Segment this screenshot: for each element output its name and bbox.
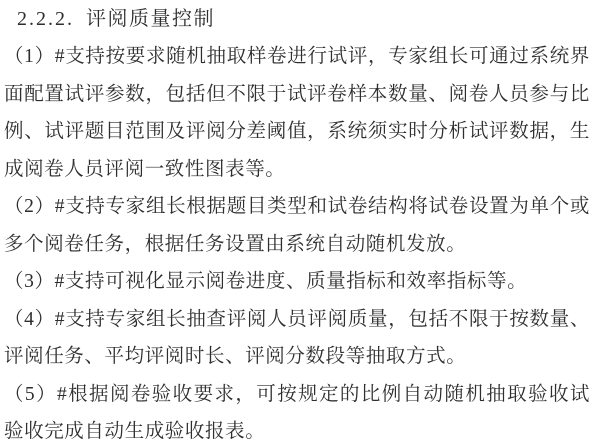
- section-heading: 2.2.2.评阅质量控制: [17, 5, 590, 38]
- paragraph-line-7: （3）#支持可视化显示阅卷进度、质量指标和效率指标等。: [4, 263, 590, 301]
- paragraph-line-9: 评阅任务、平均评阅时长、评阅分数段等抽取方式。: [4, 338, 590, 376]
- section-number: 2.2.2.: [17, 8, 74, 30]
- paragraph-line-8: （4）#支持专家组长抽查评阅人员评阅质量，包括不限于按数量、: [4, 301, 590, 339]
- paragraph-line-1: （1）#支持按要求随机抽取样卷进行试评，专家组长可通过系统界: [4, 38, 590, 76]
- document-page: 2.2.2.评阅质量控制 （1）#支持按要求随机抽取样卷进行试评，专家组长可通过…: [0, 0, 598, 443]
- section-title: 评阅质量控制: [86, 8, 215, 30]
- paragraph-line-2: 面配置试评参数，包括但不限于试评卷样本数量、阅卷人员参与比: [4, 76, 590, 114]
- paragraph-line-6: 多个阅卷任务，根据任务设置由系统自动随机发放。: [4, 226, 590, 264]
- paragraph-line-11: 验收完成自动生成验收报表。: [4, 413, 590, 443]
- paragraph-line-5: （2）#支持专家组长根据题目类型和试卷结构将试卷设置为单个或: [4, 188, 590, 226]
- paragraph-line-4: 成阅卷人员评阅一致性图表等。: [4, 151, 590, 189]
- paragraph-line-10: （5）#根据阅卷验收要求，可按规定的比例自动随机抽取验收试卷，: [4, 376, 590, 414]
- paragraph-line-3: 例、试评题目范围及评阅分差阈值，系统须实时分析试评数据，生: [4, 113, 590, 151]
